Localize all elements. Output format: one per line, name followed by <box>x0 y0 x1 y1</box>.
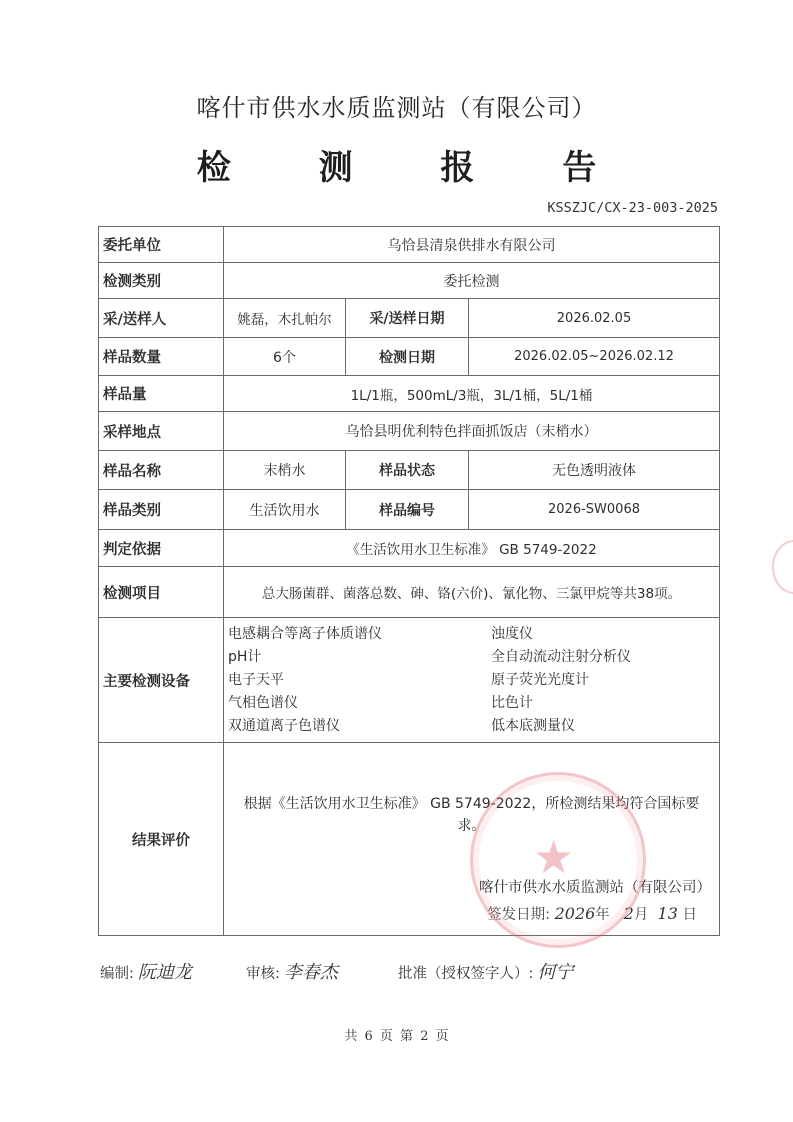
equipment-label: 主要检测设备 <box>99 618 224 743</box>
row-sampler: 采/送样人 姚磊，木扎帕尔 采/送样日期 2026.02.05 <box>99 299 720 338</box>
row-client: 委托单位 乌恰县清泉供排水有限公司 <box>99 227 720 263</box>
sample-id-label: 样品编号 <box>346 490 469 530</box>
sample-name-value: 末梢水 <box>224 451 346 490</box>
issue-date: 签发日期: 2026年 2月 13 日 <box>487 903 697 924</box>
basis-value: 《生活饮用水卫生标准》 GB 5749-2022 <box>224 530 720 567</box>
reviewed-signature: 李春杰 <box>284 962 338 983</box>
equipment-item: 低本底测量仪 <box>491 717 715 736</box>
organization-title: 喀什市供水水质监测站（有限公司） <box>0 88 793 123</box>
equipment-list: 电感耦合等离子体质谱仪 浊度仪 pH计 全自动流动注射分析仪 电子天平 原子荧光… <box>224 618 720 743</box>
sample-state-value: 无色透明液体 <box>469 451 720 490</box>
report-title: 检 测 报 告 <box>0 140 793 189</box>
sampling-site-label: 采样地点 <box>99 412 224 451</box>
reviewed-by: 审核:李春杰 <box>246 958 338 984</box>
sample-category-value: 生活饮用水 <box>224 490 346 530</box>
row-sampling-site: 采样地点 乌恰县明优利特色拌面抓饭店（末梢水） <box>99 412 720 451</box>
sampling-site-value: 乌恰县明优利特色拌面抓饭店（末梢水） <box>224 412 720 451</box>
client-label: 委托单位 <box>99 227 224 263</box>
client-value: 乌恰县清泉供排水有限公司 <box>224 227 720 263</box>
row-sample-count: 样品数量 6个 检测日期 2026.02.05~2026.02.12 <box>99 338 720 376</box>
items-value: 总大肠菌群、菌落总数、砷、铬(六价)、氰化物、三氯甲烷等共38项。 <box>224 567 720 618</box>
issue-date-year-unit: 年 <box>595 907 610 923</box>
issue-date-day-unit: 日 <box>683 907 698 923</box>
row-items: 检测项目 总大肠菌群、菌落总数、砷、铬(六价)、氰化物、三氯甲烷等共38项。 <box>99 567 720 618</box>
partial-seal-edge <box>772 540 793 594</box>
test-type-value: 委托检测 <box>224 263 720 299</box>
row-sample-amount: 样品量 1L/1瓶，500mL/3瓶，3L/1桶，5L/1桶 <box>99 376 720 412</box>
test-date-value: 2026.02.05~2026.02.12 <box>469 338 720 376</box>
row-basis: 判定依据 《生活饮用水卫生标准》 GB 5749-2022 <box>99 530 720 567</box>
row-equipment: 主要检测设备 电感耦合等离子体质谱仪 浊度仪 pH计 全自动流动注射分析仪 电子… <box>99 618 720 743</box>
test-type-label: 检测类别 <box>99 263 224 299</box>
compiled-signature: 阮迪龙 <box>138 962 192 983</box>
approved-signature: 何宁 <box>537 962 573 983</box>
equipment-item: 浊度仪 <box>491 625 715 644</box>
sample-id-value: 2026-SW0068 <box>469 490 720 530</box>
sample-name-label: 样品名称 <box>99 451 224 490</box>
result-cell: 根据《生活饮用水卫生标准》 GB 5749-2022，所检测结果均符合国标要求。… <box>224 743 720 936</box>
sampler-value: 姚磊，木扎帕尔 <box>224 299 346 338</box>
row-test-type: 检测类别 委托检测 <box>99 263 720 299</box>
sample-count-label: 样品数量 <box>99 338 224 376</box>
report-table: 委托单位 乌恰县清泉供排水有限公司 检测类别 委托检测 采/送样人 姚磊，木扎帕… <box>98 226 720 936</box>
issue-date-month: 2 <box>624 904 634 923</box>
row-sample-name: 样品名称 末梢水 样品状态 无色透明液体 <box>99 451 720 490</box>
result-label: 结果评价 <box>99 743 224 936</box>
equipment-item: pH计 <box>228 648 491 667</box>
sampler-label: 采/送样人 <box>99 299 224 338</box>
signature-row: 编制:阮迪龙 审核:李春杰 批准（授权签字人）:何宁 <box>100 958 700 988</box>
equipment-item: 气相色谱仪 <box>228 694 491 713</box>
equipment-item: 双通道离子色谱仪 <box>228 717 491 736</box>
test-date-label: 检测日期 <box>346 338 469 376</box>
report-number: KSSZJC/CX-23-003-2025 <box>547 200 718 216</box>
sample-amount-value: 1L/1瓶，500mL/3瓶，3L/1桶，5L/1桶 <box>224 376 720 412</box>
issue-date-label: 签发日期: <box>487 907 550 923</box>
equipment-item: 电子天平 <box>228 671 491 690</box>
sample-state-label: 样品状态 <box>346 451 469 490</box>
sample-date-value: 2026.02.05 <box>469 299 720 338</box>
result-text: 根据《生活饮用水卫生标准》 GB 5749-2022，所检测结果均符合国标要求。 <box>232 793 711 837</box>
sample-amount-label: 样品量 <box>99 376 224 412</box>
sample-date-label: 采/送样日期 <box>346 299 469 338</box>
row-result: 结果评价 根据《生活饮用水卫生标准》 GB 5749-2022，所检测结果均符合… <box>99 743 720 936</box>
reviewed-label: 审核: <box>246 966 280 982</box>
equipment-item: 全自动流动注射分析仪 <box>491 648 715 667</box>
compiled-by: 编制:阮迪龙 <box>100 958 192 984</box>
issue-date-year: 2026 <box>555 904 596 923</box>
approved-label: 批准（授权签字人）: <box>398 966 533 982</box>
equipment-item: 原子荧光光度计 <box>491 671 715 690</box>
sample-count-value: 6个 <box>224 338 346 376</box>
sample-category-label: 样品类别 <box>99 490 224 530</box>
compiled-label: 编制: <box>100 966 134 982</box>
equipment-item: 比色计 <box>491 694 715 713</box>
row-sample-category: 样品类别 生活饮用水 样品编号 2026-SW0068 <box>99 490 720 530</box>
issue-date-day: 13 <box>658 904 678 923</box>
issue-date-month-unit: 月 <box>634 907 649 923</box>
equipment-item: 电感耦合等离子体质谱仪 <box>228 625 491 644</box>
page-indicator: 共 6 页 第 2 页 <box>0 1025 793 1044</box>
basis-label: 判定依据 <box>99 530 224 567</box>
items-label: 检测项目 <box>99 567 224 618</box>
approved-by: 批准（授权签字人）:何宁 <box>398 958 573 984</box>
result-organization: 喀什市供水水质监测站（有限公司） <box>479 876 711 897</box>
